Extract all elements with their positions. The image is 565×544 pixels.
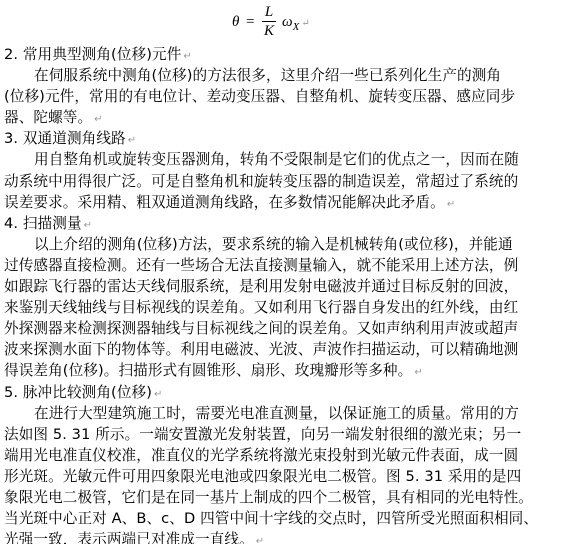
text-line: 光强一致，表示两端已对准成一直线。↵ <box>4 529 562 544</box>
paragraph-mark-icon: ↵ <box>84 220 92 231</box>
body-text: 2. 常用典型测角(位移)元件↵在伺服系统中测角(位移)的方法很多，这里介绍一些… <box>4 44 562 544</box>
line-text: 2. 常用典型测角(位移)元件 <box>4 46 181 63</box>
line-text: 动系统中用得很广泛。可是自整角机和旋转变压器的制造误差，常超过了系统的 <box>4 173 518 190</box>
line-text: 外探测器来检测探测器轴线与目标视线之间的误差角。又如声纳利用声波或超声 <box>4 320 518 337</box>
text-line: 2. 常用典型测角(位移)元件↵ <box>4 44 562 65</box>
formula-numerator: L <box>262 4 276 21</box>
line-text: 以上介绍的测角(位移)方法，要求系统的输入是机械转角(或位移)，并能通 <box>34 236 513 253</box>
line-text: 形光斑。光敏元件可用四象限光电池或四象限光电二极管。图 5. 31 采用的是四 <box>4 468 521 485</box>
formula-subscript: X <box>293 21 300 33</box>
formula: θ = L K ωX↵ <box>0 4 565 44</box>
text-line: 如跟踪飞行器的雷达天线伺服系统，是利用发射电磁波并通过目标反射的回波， <box>4 276 562 297</box>
text-line: 误差要求。采用精、粗双通道测角线路，在多数情况能解决此矛盾。↵ <box>4 192 562 213</box>
text-line: 在进行大型建筑施工时，需要光电准直测量，以保证施工的质量。常用的方 <box>4 403 562 424</box>
text-line: 象限光电二极管，它们是在同一基片上制成的四个二极管，具有相同的光电特性。 <box>4 487 562 508</box>
text-line: 器、陀螺等。↵ <box>4 107 562 128</box>
paragraph-mark-icon: ↵ <box>256 536 264 544</box>
text-line: 用自整角机或旋转变压器测角，转角不受限制是它们的优点之一，因而在随 <box>4 149 562 170</box>
paragraph-mark-icon: ↵ <box>94 114 102 125</box>
text-line: 外探测器来检测探测器轴线与目标视线之间的误差角。又如声纳利用声波或超声 <box>4 318 562 339</box>
document-page: θ = L K ωX↵ 2. 常用典型测角(位移)元件↵在伺服系统中测角(位移)… <box>0 0 565 544</box>
text-line: 形光斑。光敏元件可用四象限光电池或四象限光电二极管。图 5. 31 采用的是四 <box>4 466 562 487</box>
line-text: 3. 双通道测角线路 <box>4 130 126 147</box>
line-text: 用自整角机或旋转变压器测角，转角不受限制是它们的优点之一，因而在随 <box>34 151 519 168</box>
line-text: 端用光电准直仪校准，准直仪的光学系统将激光束投射到光敏元件表面，成一圆 <box>4 447 518 464</box>
text-line: 当光斑中心正对 A、B、c、D 四管中间十字线的交点时，四管所受光照面积相同、 <box>4 508 562 529</box>
line-text: 误差要求。采用精、粗双通道测角线路，在多数情况能解决此矛盾。 <box>4 194 445 211</box>
text-line: 5. 脉冲比较测角(位移)↵ <box>4 382 562 403</box>
text-line: 在伺服系统中测角(位移)的方法很多，这里介绍一些已系列化生产的测角 <box>4 65 562 86</box>
text-line: 波来探测水面下的物体等。利用电磁波、光波、声波作扫描运动，可以精确地测 <box>4 339 562 360</box>
formula-omega: ωX↵ <box>282 14 310 31</box>
line-text: 波来探测水面下的物体等。利用电磁波、光波、声波作扫描运动，可以精确地测 <box>4 341 518 358</box>
text-line: 4. 扫描测量↵ <box>4 213 562 234</box>
text-line: 端用光电准直仪校准，准直仪的光学系统将激光束投射到光敏元件表面，成一圆 <box>4 445 562 466</box>
text-line: 3. 双通道测角线路↵ <box>4 128 562 149</box>
formula-denominator: K <box>262 22 276 40</box>
paragraph-mark-icon: ↵ <box>128 135 136 146</box>
line-text: 当光斑中心正对 A、B、c、D 四管中间十字线的交点时，四管所受光照面积相同、 <box>4 510 538 527</box>
line-text: 4. 扫描测量 <box>4 215 82 232</box>
line-text: 过传感器直接检测。还有一些场合无法直接测量输入，就不能采用上述方法，例 <box>4 257 518 274</box>
paragraph-mark-icon: ↵ <box>154 389 162 400</box>
line-text: 器、陀螺等。 <box>4 109 92 126</box>
line-text: 象限光电二极管，它们是在同一基片上制成的四个二极管，具有相同的光电特性。 <box>4 489 533 506</box>
line-text: 法如图 5. 31 所示。一端安置激光发射装置，向另一端发射很细的激光束；另一 <box>4 426 521 443</box>
formula-fraction: L K <box>262 4 276 40</box>
line-text: 来鉴别天线轴线与目标视线的误差角。又如利用飞行器自身发出的红外线，由红 <box>4 299 518 316</box>
formula-equals: = <box>246 14 254 31</box>
text-line: (位移)元件，常用的有电位计、差动变压器、自整角机、旋转变压器、感应同步 <box>4 86 562 107</box>
paragraph-mark-icon: ↵ <box>183 51 191 62</box>
text-line: 得误差角(位移)。扫描形式有圆锥形、扇形、玫瑰瓣形等多种。↵ <box>4 360 562 381</box>
line-text: 得误差角(位移)。扫描形式有圆锥形、扇形、玫瑰瓣形等多种。 <box>4 362 412 379</box>
line-text: 光强一致，表示两端已对准成一直线。 <box>4 531 254 544</box>
text-line: 以上介绍的测角(位移)方法，要求系统的输入是机械转角(或位移)，并能通 <box>4 234 562 255</box>
text-line: 来鉴别天线轴线与目标视线的误差角。又如利用飞行器自身发出的红外线，由红 <box>4 297 562 318</box>
line-text: 5. 脉冲比较测角(位移) <box>4 384 152 401</box>
paragraph-mark-icon: ↵ <box>447 199 455 210</box>
text-line: 法如图 5. 31 所示。一端安置激光发射装置，向另一端发射很细的激光束；另一 <box>4 424 562 445</box>
text-line: 动系统中用得很广泛。可是自整角机和旋转变压器的制造误差，常超过了系统的 <box>4 171 562 192</box>
line-text: (位移)元件，常用的有电位计、差动变压器、自整角机、旋转变压器、感应同步 <box>4 88 515 105</box>
line-text: 在伺服系统中测角(位移)的方法很多，这里介绍一些已系列化生产的测角 <box>34 67 501 84</box>
formula-theta: θ <box>232 14 239 31</box>
omega-symbol: ω <box>282 14 293 30</box>
text-line: 过传感器直接检测。还有一些场合无法直接测量输入，就不能采用上述方法，例 <box>4 255 562 276</box>
paragraph-mark-icon: ↵ <box>301 18 309 29</box>
paragraph-mark-icon: ↵ <box>414 367 422 378</box>
line-text: 在进行大型建筑施工时，需要光电准直测量，以保证施工的质量。常用的方 <box>34 405 519 422</box>
line-text: 如跟踪飞行器的雷达天线伺服系统，是利用发射电磁波并通过目标反射的回波， <box>4 278 518 295</box>
